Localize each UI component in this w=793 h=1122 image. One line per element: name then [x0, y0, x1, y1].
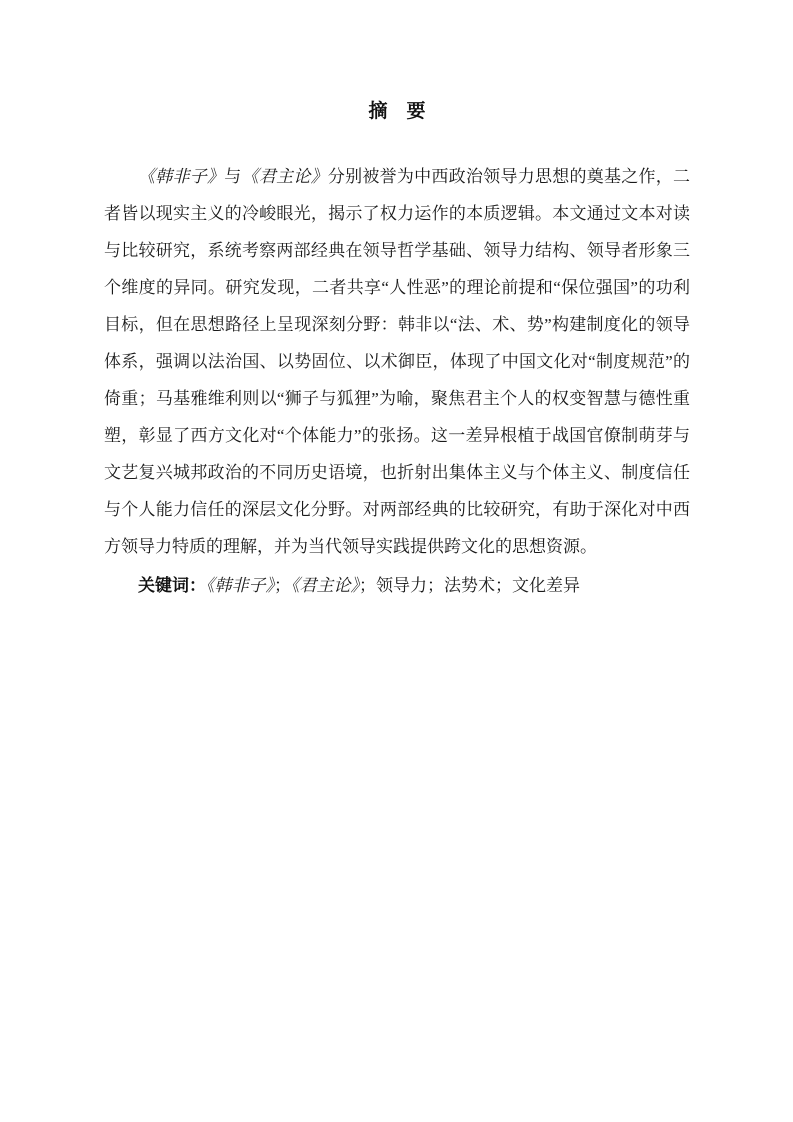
keyword-item: 领导力: [376, 576, 427, 595]
document-page: 摘 要 《韩非子》与《君主论》分别被誉为中西政治领导力思想的奠基之作，二者皆以现…: [0, 0, 793, 1122]
keyword-separator: ；: [359, 576, 376, 595]
abstract-text-segment: 《君主论》: [242, 167, 328, 186]
abstract-text-segment: 《韩非子》: [138, 167, 224, 186]
keywords-line: 关键词：《韩非子》；《君主论》；领导力；法势术；文化差异: [104, 567, 690, 604]
keyword-item: 文化差异: [512, 576, 580, 595]
keyword-separator: ；: [274, 576, 291, 595]
keywords-label: 关键词: [138, 576, 189, 595]
keyword-item: 《韩非子》: [206, 576, 274, 595]
keyword-item: 法势术: [444, 576, 495, 595]
keyword-separator: ；: [427, 576, 444, 595]
abstract-text-segment: 与: [224, 167, 241, 186]
keyword-item: 《君主论》: [291, 576, 359, 595]
keywords-list: 《韩非子》；《君主论》；领导力；法势术；文化差异: [206, 576, 580, 595]
keywords-colon: ：: [189, 576, 206, 595]
abstract-paragraph: 《韩非子》与《君主论》分别被誉为中西政治领导力思想的奠基之作，二者皆以现实主义的…: [104, 158, 690, 565]
document-content: 摘 要 《韩非子》与《君主论》分别被誉为中西政治领导力思想的奠基之作，二者皆以现…: [104, 98, 690, 604]
abstract-title: 摘 要: [104, 98, 690, 126]
abstract-text-segment: 分别被誉为中西政治领导力思想的奠基之作，二者皆以现实主义的冷峻眼光，揭示了权力运…: [104, 167, 690, 556]
keyword-separator: ；: [495, 576, 512, 595]
